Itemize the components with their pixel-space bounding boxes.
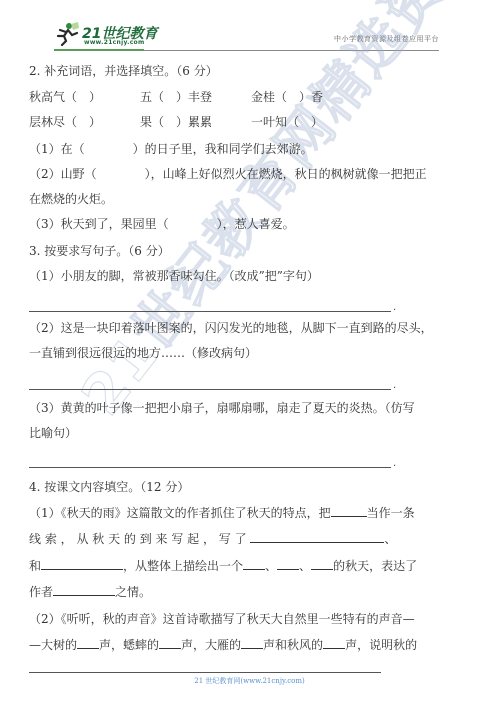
logo-url: www.21cnjy.com xyxy=(84,39,145,46)
logo: 21世纪教育 www.21cnjy.com xyxy=(54,20,184,50)
fill-blank[interactable] xyxy=(311,558,333,570)
idiom-blank[interactable]: 金桂（ ）香 xyxy=(251,89,323,105)
q4-title: 4. 按课文内容填空。（12 分） xyxy=(29,479,189,495)
q4-s2-text: —大树的 xyxy=(29,638,77,652)
q4-sentence-1-cont3: 作者之情。 xyxy=(29,584,151,600)
q4-s2-text: 声和秋风的 xyxy=(263,638,323,652)
page-footer: 21 世纪教育网(www.21cnjy.com) xyxy=(0,676,499,686)
q4-s1-text: 的秋天，表达了 xyxy=(333,559,417,573)
q4-s2-text: 声，说明秋的 xyxy=(345,638,417,652)
fill-blank[interactable] xyxy=(243,558,265,570)
fill-blank[interactable] xyxy=(77,637,99,649)
q4-sentence-1-cont2: 和，从整体上描绘出一个、、的秋天，表达了 xyxy=(29,558,417,574)
answer-line[interactable] xyxy=(29,389,391,390)
q4-s1-text: 作者 xyxy=(29,585,53,599)
q4-sentence-2-cont: —大树的声，蟋蟀的声，大雁的声和秋风的声，说明秋的 xyxy=(29,637,417,653)
q2-sentence-3[interactable]: （3）秋天到了，果园里（ ），惹人喜爱。 xyxy=(29,216,295,232)
platform-tagline: 中小学教育资源及组卷应用平台 xyxy=(334,34,439,44)
q4-s2-text: 声，蟋蟀的 xyxy=(99,638,159,652)
line-period: . xyxy=(393,302,396,313)
idiom-blank[interactable]: 五（ ）丰登 xyxy=(140,89,212,105)
idiom-blank[interactable]: 一叶知（ ） xyxy=(251,114,323,130)
q3-sentence-2: （2）这是一块印着落叶图案的，闪闪发光的地毯，从脚下一直到路的尽头， xyxy=(29,320,433,336)
q4-s1-text: ，从整体上描绘出一个 xyxy=(123,559,243,573)
separator: 、 xyxy=(299,559,311,573)
q2-title: 2. 补充词语，并选择填空。（6 分） xyxy=(29,63,218,79)
q4-s1-text: 线 索 ， 从 秋 天 的 到 来 写 起 ， 写 了 xyxy=(29,532,247,546)
idiom-blank[interactable]: 秋高气（ ） xyxy=(29,89,101,105)
line-period: . xyxy=(393,380,396,391)
fill-blank[interactable] xyxy=(277,558,299,570)
q4-s2-text: 声，大雁的 xyxy=(181,638,241,652)
q4-s1-text: 和 xyxy=(29,559,41,573)
q2-sentence-1[interactable]: （1）在（ ）的日子里，我和同学们去郊游。 xyxy=(29,141,313,157)
fill-blank[interactable] xyxy=(159,637,181,649)
header-accent-divider xyxy=(54,49,144,51)
q2-sentence-2-cont: 在燃烧的火炬。 xyxy=(29,191,113,207)
line-period: . xyxy=(393,458,396,469)
fill-blank[interactable] xyxy=(41,558,123,570)
fill-blank[interactable] xyxy=(250,531,384,543)
separator: 、 xyxy=(265,559,277,573)
q4-s1-text: 当作一条 xyxy=(367,506,415,520)
q4-s1-text: （1）《秋天的雨》这篇散文的作者抓住了秋天的特点，把 xyxy=(29,506,331,520)
fill-blank[interactable] xyxy=(331,505,367,517)
q3-sentence-3-cont: 比喻句） xyxy=(29,425,77,441)
fill-blank[interactable] xyxy=(323,637,345,649)
q4-sentence-1: （1）《秋天的雨》这篇散文的作者抓住了秋天的特点，把当作一条 xyxy=(29,505,415,521)
runner-logo-icon xyxy=(54,22,80,46)
q4-sentence-1-cont: 线 索 ， 从 秋 天 的 到 来 写 起 ， 写 了 、 xyxy=(29,531,396,547)
answer-line[interactable] xyxy=(29,467,391,468)
answer-line[interactable] xyxy=(29,672,381,673)
q3-sentence-3: （3）黄黄的叶子像一把把小扇子，扇哪扇哪，扇走了夏天的炎热。（仿写 xyxy=(29,400,415,416)
answer-line[interactable] xyxy=(29,311,391,312)
q3-sentence-1: （1）小朋友的脚，常被那香味勾住。（改成”把”字句） xyxy=(29,268,319,284)
q2-sentence-2[interactable]: （2）山野（ ），山峰上好似烈火在燃烧，秋日的枫树就像一把把正 xyxy=(29,166,427,182)
q4-s1-text: 、 xyxy=(384,532,396,546)
fill-blank[interactable] xyxy=(53,584,115,596)
fill-blank[interactable] xyxy=(241,637,263,649)
q3-title: 3. 按要求写句子。（6 分） xyxy=(29,243,170,259)
q4-s1-text: 之情。 xyxy=(115,585,151,599)
q4-sentence-2: （2）《听听，秋的声音》这首诗歌描写了秋天大自然里一些特有的声音— xyxy=(29,611,415,627)
idiom-blank[interactable]: 层林尽（ ） xyxy=(29,114,101,130)
q3-sentence-2-cont: 一直铺到很远很远的地方……（修改病句） xyxy=(29,345,257,361)
page-header: 21世纪教育 www.21cnjy.com 中小学教育资源及组卷应用平台 xyxy=(54,20,439,52)
idiom-blank[interactable]: 果（ ）累累 xyxy=(140,114,212,130)
